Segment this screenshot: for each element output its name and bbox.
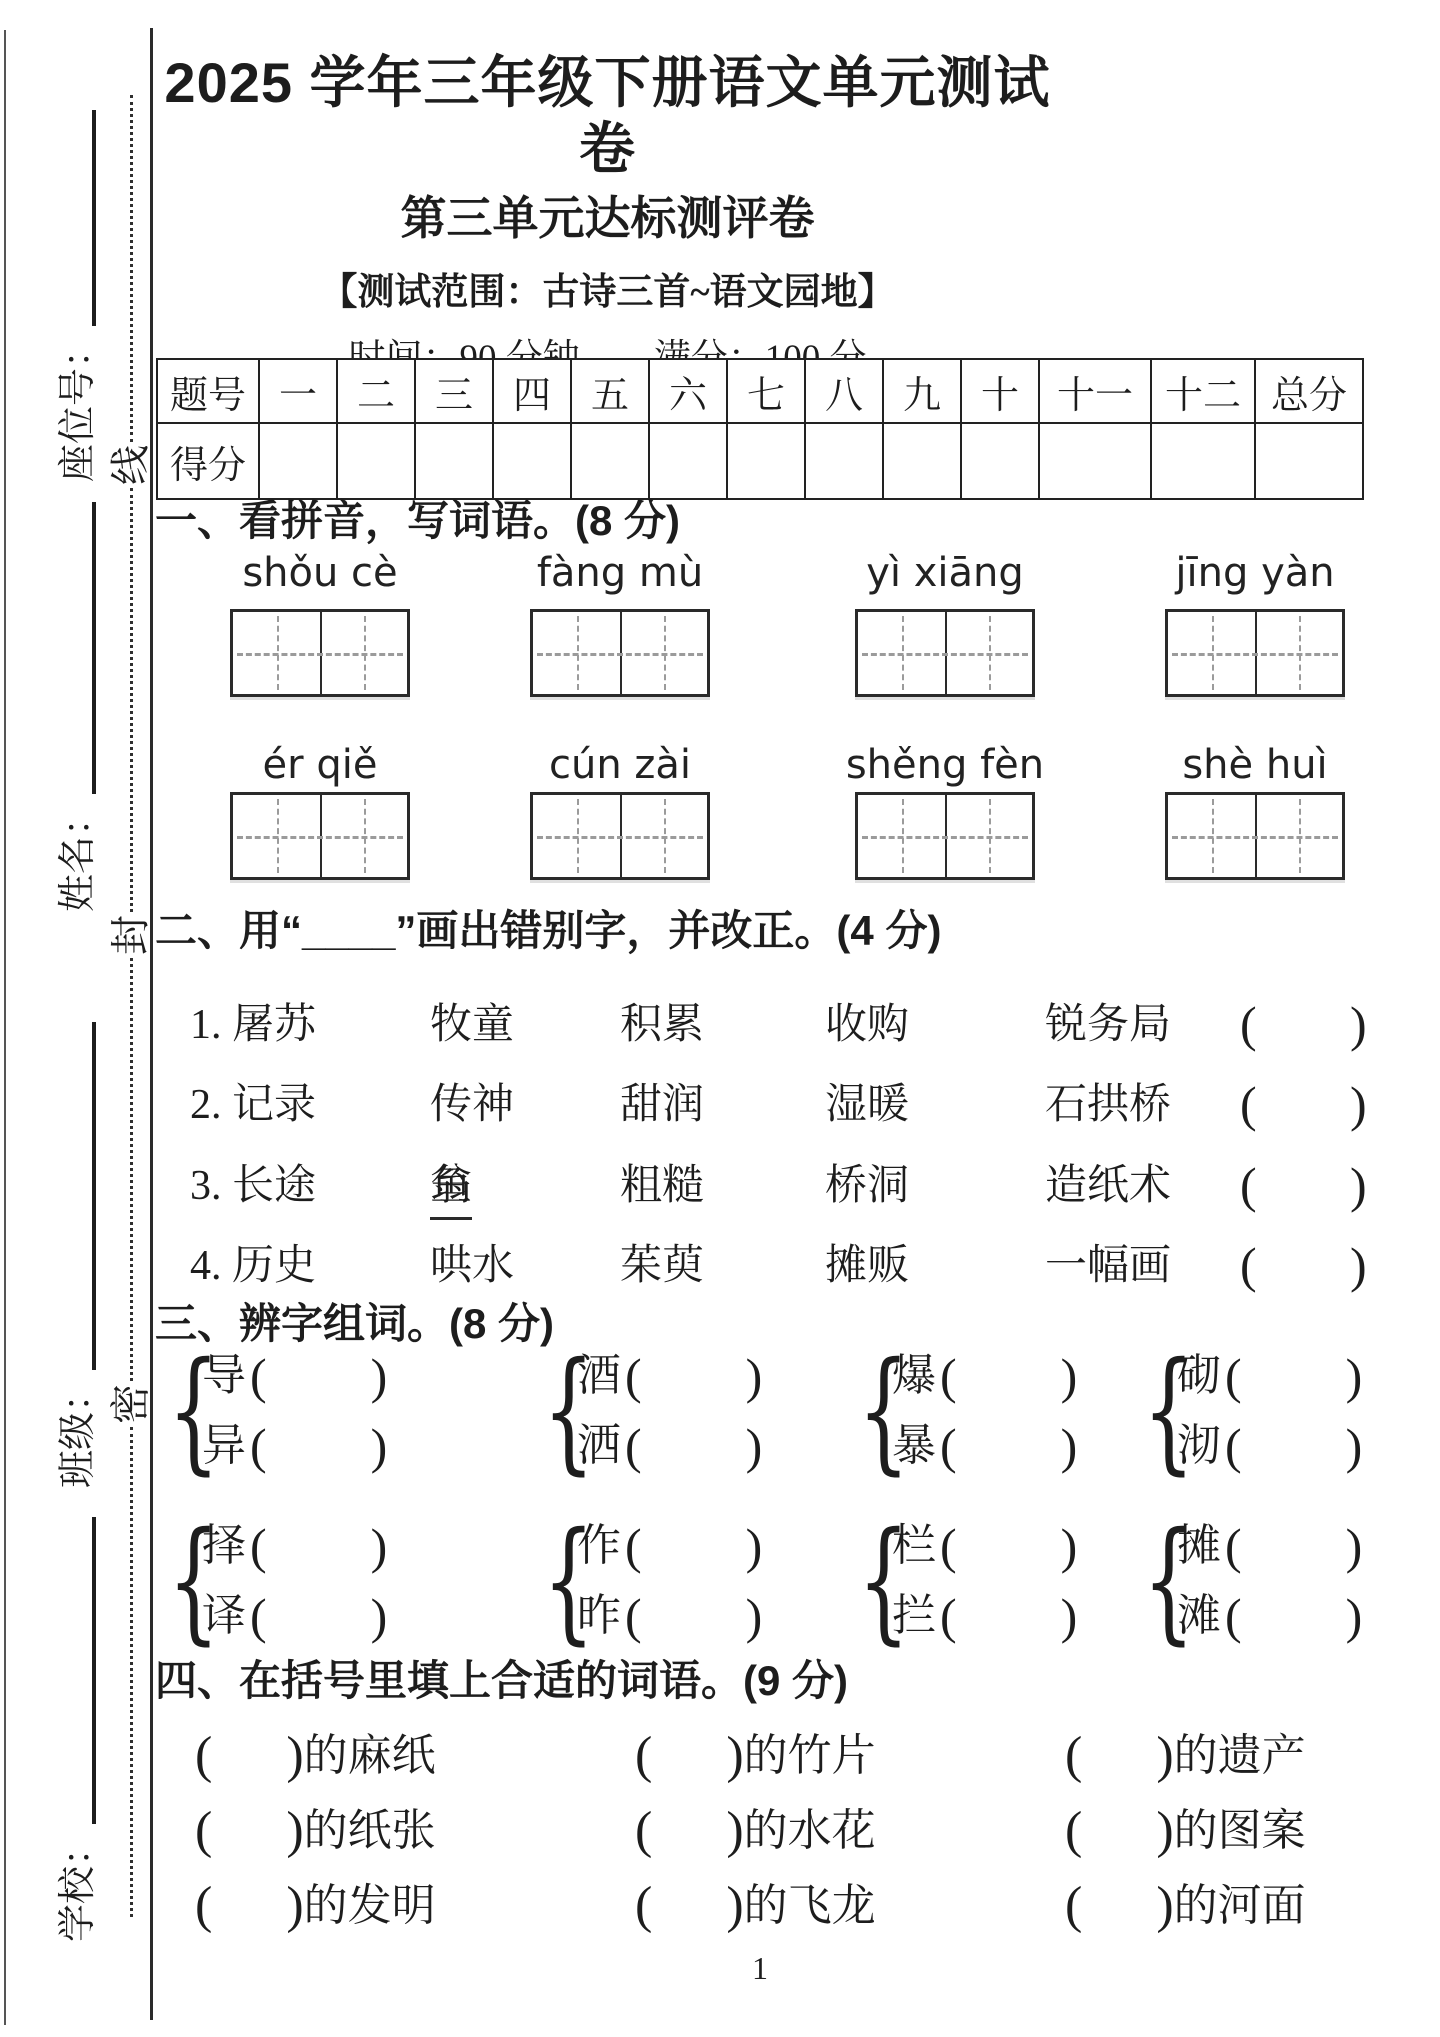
answer-close-paren: )	[1350, 1156, 1367, 1214]
answer-open-paren: (	[1240, 1236, 1257, 1294]
score-table-question-cell: 一	[259, 359, 337, 423]
phrase-text: 的图案	[1174, 1802, 1306, 1860]
close-paren: )	[1156, 1728, 1173, 1784]
open-paren: (	[635, 1803, 652, 1859]
open-paren: (	[195, 1728, 212, 1784]
close-paren: )	[286, 1728, 303, 1784]
score-table-label-cell: 题号	[157, 359, 259, 423]
box-guide-dashed-line	[862, 653, 1028, 656]
answer-close-paren: )	[1350, 1075, 1367, 1133]
score-table-question-cell: 七	[727, 359, 805, 423]
score-table-question-cell: 二	[337, 359, 415, 423]
brace-group-line: 摊()	[1177, 1515, 1362, 1577]
phrase-item: ()的河面	[1065, 1877, 1306, 1935]
brace-group-lines: 酒()洒()	[577, 1345, 762, 1477]
brace-group: {爆()暴()	[850, 1342, 1077, 1480]
section4-phrase-row: ()的纸张()的水花()的图案	[155, 1802, 1425, 1864]
side-label-text: 座位号：	[52, 330, 104, 482]
box-guide-dashed-line	[237, 836, 403, 839]
close-paren: )	[726, 1728, 743, 1784]
pinyin-word-label: shǒu cè	[200, 548, 440, 598]
brace-group: {栏()拦()	[850, 1512, 1077, 1650]
score-table-question-cell: 三	[415, 359, 493, 423]
brace-group-line: 爆()	[892, 1345, 1077, 1407]
score-empty-cell	[727, 423, 805, 499]
word-item: 传神	[430, 1075, 514, 1135]
close-paren: )	[746, 1588, 763, 1644]
open-paren: (	[250, 1348, 267, 1404]
underlined-char: 鱼	[430, 1156, 472, 1220]
phrase-item: ()的纸张	[195, 1802, 436, 1860]
answer-open-paren: (	[1240, 1075, 1257, 1133]
close-paren: )	[726, 1878, 743, 1934]
close-paren: )	[1061, 1518, 1078, 1574]
left-brace: {	[543, 1515, 568, 1647]
score-empty-cell	[337, 423, 415, 499]
page-number: 1	[155, 1950, 1365, 1987]
answer-close-paren: )	[1350, 1236, 1367, 1294]
word-item: 锐务局	[1045, 995, 1171, 1055]
score-empty-cell	[805, 423, 883, 499]
brace-group-line: 酒()	[577, 1345, 762, 1407]
side-label-class: 班级：	[48, 1010, 104, 1488]
section2-word-row: 3. 长途鱼翁粗糙桥洞造纸术()	[155, 1156, 1425, 1220]
open-paren: (	[625, 1348, 642, 1404]
paper-header: 2025 学年三年级下册语文单元测试卷 第三单元达标测评卷 【测试范围：古诗三首…	[155, 50, 1060, 382]
open-paren: (	[1225, 1518, 1242, 1574]
character-writing-box	[530, 792, 710, 880]
phrase-text: 的纸张	[304, 1802, 436, 1860]
brace-group-line: 砌()	[1177, 1345, 1362, 1407]
pinyin-word-label: yì xiāng	[825, 548, 1065, 598]
open-paren: (	[940, 1588, 957, 1644]
box-guide-dashed-line	[237, 653, 403, 656]
brace-group-line: 沏()	[1177, 1415, 1362, 1477]
close-paren: )	[746, 1518, 763, 1574]
word-item: 收购	[825, 995, 909, 1055]
open-paren: (	[635, 1878, 652, 1934]
score-empty-cell	[1255, 423, 1363, 499]
side-label-text: 班级：	[52, 1374, 104, 1488]
left-brace: {	[168, 1515, 193, 1647]
seal-dots-segment	[130, 1427, 133, 1917]
word-item: 4. 历史	[190, 1236, 316, 1296]
phrase-text: 的发明	[304, 1877, 436, 1935]
brace-group-line: 洒()	[577, 1415, 762, 1477]
brace-group-line: 作()	[577, 1515, 762, 1577]
pinyin-word-label: shè huì	[1135, 740, 1375, 790]
close-paren: )	[371, 1588, 388, 1644]
pinyin-word-label: ér qiě	[200, 740, 440, 790]
brace-group-line: 导()	[202, 1345, 387, 1407]
brace-group-lines: 导()异()	[202, 1345, 387, 1477]
character-writing-box	[530, 609, 710, 697]
word-item: 石拱桥	[1045, 1075, 1171, 1135]
score-table-question-cell: 十	[961, 359, 1039, 423]
side-label-blank-line	[82, 502, 96, 794]
side-label-seat-number: 座位号：	[48, 100, 104, 482]
character-writing-box	[1165, 609, 1345, 697]
score-table-question-cell: 五	[571, 359, 649, 423]
word-item: 摊贩	[825, 1236, 909, 1296]
brace-group-line: 拦()	[892, 1585, 1077, 1647]
brace-group: {酒()洒()	[535, 1342, 762, 1480]
score-empty-cell	[259, 423, 337, 499]
seal-dots-segment	[130, 488, 133, 912]
close-paren: )	[371, 1518, 388, 1574]
word-item: 桥洞	[825, 1156, 909, 1216]
score-table: 题号一二三四五六七八九十十一十二总分得分	[156, 358, 1364, 500]
section1-heading: 一、看拼音，写词语。(8 分)	[155, 495, 680, 547]
brace-group-lines: 爆()暴()	[892, 1345, 1077, 1477]
open-paren: (	[250, 1588, 267, 1644]
side-label-blank-line	[82, 110, 96, 326]
word-item: 粗糙	[620, 1156, 704, 1216]
open-paren: (	[1065, 1803, 1082, 1859]
word-item: 哄水	[430, 1236, 514, 1296]
brace-group-lines: 砌()沏()	[1177, 1345, 1362, 1477]
phrase-text: 的竹片	[744, 1727, 876, 1785]
brace-group-line: 暴()	[892, 1415, 1077, 1477]
close-paren: )	[1346, 1418, 1363, 1474]
side-label-school: 学校：	[48, 1505, 104, 1942]
score-empty-cell	[1151, 423, 1255, 499]
section2-word-row: 1. 屠苏牧童积累收购锐务局()	[155, 995, 1425, 1059]
left-brace: {	[1143, 1345, 1168, 1477]
box-guide-dashed-line	[1172, 653, 1338, 656]
brace-group: {择()译()	[160, 1512, 387, 1650]
answer-open-paren: (	[1240, 995, 1257, 1053]
close-paren: )	[286, 1803, 303, 1859]
close-paren: )	[1061, 1588, 1078, 1644]
phrase-item: ()的竹片	[635, 1727, 876, 1785]
word-item: 甜润	[620, 1075, 704, 1135]
brace-group-line: 滩()	[1177, 1585, 1362, 1647]
score-table-question-cell: 八	[805, 359, 883, 423]
section4-phrase-row: ()的麻纸()的竹片()的遗产	[155, 1727, 1425, 1789]
brace-group: {导()异()	[160, 1342, 387, 1480]
paper-subtitle: 第三单元达标测评卷	[155, 190, 1060, 246]
left-brace: {	[858, 1345, 883, 1477]
phrase-text: 的麻纸	[304, 1727, 436, 1785]
open-paren: (	[1065, 1878, 1082, 1934]
open-paren: (	[250, 1518, 267, 1574]
seal-char: 密	[108, 1384, 154, 1424]
score-table-question-cell: 六	[649, 359, 727, 423]
phrase-item: ()的遗产	[1065, 1727, 1306, 1785]
brace-group-line: 栏()	[892, 1515, 1077, 1577]
section2-word-row: 4. 历史哄水茱萸摊贩一幅画()	[155, 1236, 1425, 1300]
open-paren: (	[625, 1518, 642, 1574]
exam-paper-page: 线封密 座位号：姓名：班级：学校： 2025 学年三年级下册语文单元测试卷 第三…	[0, 0, 1440, 2037]
box-guide-dashed-line	[537, 653, 703, 656]
side-label-blank-line	[82, 1022, 96, 1370]
score-empty-cell	[1039, 423, 1151, 499]
close-paren: )	[1346, 1518, 1363, 1574]
open-paren: (	[635, 1728, 652, 1784]
word-item: 一幅画	[1045, 1236, 1171, 1296]
close-paren: )	[1346, 1588, 1363, 1644]
phrase-text: 的遗产	[1174, 1727, 1306, 1785]
character-writing-box	[230, 609, 410, 697]
side-label-text: 学校：	[52, 1828, 104, 1942]
test-scope-line: 【测试范围：古诗三首~语文园地】	[155, 270, 1060, 316]
score-empty-cell	[883, 423, 961, 499]
score-table-question-cell: 十二	[1151, 359, 1255, 423]
character-writing-box	[1165, 792, 1345, 880]
box-guide-dashed-line	[862, 836, 1028, 839]
close-paren: )	[1156, 1803, 1173, 1859]
open-paren: (	[195, 1803, 212, 1859]
answer-close-paren: )	[1350, 995, 1367, 1053]
score-empty-cell	[649, 423, 727, 499]
open-paren: (	[940, 1418, 957, 1474]
word-item: 2. 记录	[190, 1075, 316, 1135]
word-item: 鱼翁	[430, 1156, 472, 1216]
score-table-question-cell: 十一	[1039, 359, 1151, 423]
score-table-question-cell: 四	[493, 359, 571, 423]
section4-heading: 四、在括号里填上合适的词语。(9 分)	[155, 1655, 848, 1707]
open-paren: (	[940, 1518, 957, 1574]
brace-group-line: 择()	[202, 1515, 387, 1577]
brace-group-lines: 栏()拦()	[892, 1515, 1077, 1647]
close-paren: )	[746, 1348, 763, 1404]
character-writing-box	[230, 792, 410, 880]
score-row-label-cell: 得分	[157, 423, 259, 499]
close-paren: )	[286, 1878, 303, 1934]
close-paren: )	[1156, 1878, 1173, 1934]
open-paren: (	[1225, 1348, 1242, 1404]
character-writing-box	[855, 792, 1035, 880]
phrase-item: ()的发明	[195, 1877, 436, 1935]
pinyin-word-label: fàng mù	[500, 548, 740, 598]
score-empty-cell	[571, 423, 649, 499]
brace-group-lines: 摊()滩()	[1177, 1515, 1362, 1647]
section4-phrase-row: ()的发明()的飞龙()的河面	[155, 1877, 1425, 1939]
word-item: 积累	[620, 995, 704, 1055]
brace-group-line: 昨()	[577, 1585, 762, 1647]
pinyin-word-label: jīng yàn	[1135, 548, 1375, 598]
side-label-text: 姓名：	[52, 798, 104, 912]
brace-group-line: 译()	[202, 1585, 387, 1647]
word-item: 3. 长途	[190, 1156, 316, 1216]
box-guide-dashed-line	[1172, 836, 1338, 839]
phrase-item: ()的图案	[1065, 1802, 1306, 1860]
section2-word-row: 2. 记录传神甜润湿暖石拱桥()	[155, 1075, 1425, 1139]
character-writing-box	[855, 609, 1035, 697]
score-table-question-cell: 九	[883, 359, 961, 423]
seal-char: 线	[108, 445, 154, 485]
open-paren: (	[625, 1588, 642, 1644]
paper-title: 2025 学年三年级下册语文单元测试卷	[155, 50, 1060, 182]
close-paren: )	[746, 1418, 763, 1474]
left-brace: {	[543, 1345, 568, 1477]
phrase-text: 的水花	[744, 1802, 876, 1860]
brace-group-lines: 作()昨()	[577, 1515, 762, 1647]
phrase-item: ()的飞龙	[635, 1877, 876, 1935]
seal-char: 封	[108, 915, 154, 955]
answer-open-paren: (	[1240, 1156, 1257, 1214]
word-item: 1. 屠苏	[190, 995, 316, 1055]
word-item: 牧童	[430, 995, 514, 1055]
open-paren: (	[940, 1348, 957, 1404]
side-label-student-name: 姓名：	[48, 490, 104, 912]
brace-group-line: 异()	[202, 1415, 387, 1477]
close-paren: )	[1346, 1348, 1363, 1404]
brace-group: {摊()滩()	[1135, 1512, 1362, 1650]
word-item: 茱萸	[620, 1236, 704, 1296]
open-paren: (	[625, 1418, 642, 1474]
close-paren: )	[726, 1803, 743, 1859]
phrase-text: 的河面	[1174, 1877, 1306, 1935]
close-paren: )	[1061, 1348, 1078, 1404]
open-paren: (	[1225, 1418, 1242, 1474]
section2-heading: 二、用“____”画出错别字，并改正。(4 分)	[155, 905, 941, 957]
open-paren: (	[250, 1418, 267, 1474]
brace-group: {作()昨()	[535, 1512, 762, 1650]
close-paren: )	[371, 1348, 388, 1404]
close-paren: )	[371, 1418, 388, 1474]
open-paren: (	[1225, 1588, 1242, 1644]
brace-group: {砌()沏()	[1135, 1342, 1362, 1480]
page-edge-line	[4, 30, 6, 2025]
brace-group-lines: 择()译()	[202, 1515, 387, 1647]
close-paren: )	[1061, 1418, 1078, 1474]
left-brace: {	[168, 1345, 193, 1477]
left-brace: {	[1143, 1515, 1168, 1647]
phrase-text: 的飞龙	[744, 1877, 876, 1935]
seal-dots-segment	[130, 95, 133, 442]
left-brace: {	[858, 1515, 883, 1647]
score-empty-cell	[493, 423, 571, 499]
open-paren: (	[1065, 1728, 1082, 1784]
word-item: 造纸术	[1045, 1156, 1171, 1216]
seal-dots-segment	[130, 958, 133, 1382]
score-empty-cell	[415, 423, 493, 499]
score-empty-cell	[961, 423, 1039, 499]
pinyin-word-label: cún zài	[500, 740, 740, 790]
word-item: 湿暖	[825, 1075, 909, 1135]
open-paren: (	[195, 1878, 212, 1934]
score-table-question-cell: 总分	[1255, 359, 1363, 423]
pinyin-word-label: shěng fèn	[825, 740, 1065, 790]
seal-dotted-line: 线封密	[108, 95, 154, 1917]
phrase-item: ()的麻纸	[195, 1727, 436, 1785]
box-guide-dashed-line	[537, 836, 703, 839]
phrase-item: ()的水花	[635, 1802, 876, 1860]
side-label-blank-line	[82, 1517, 96, 1824]
